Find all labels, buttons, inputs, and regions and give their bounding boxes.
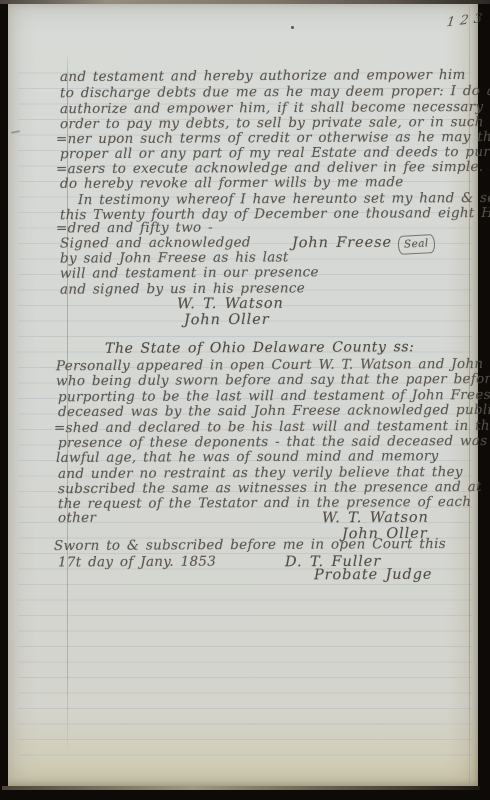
manuscript-line: will and testament in our presence [60,264,319,281]
manuscript-line: Sworn to & subscribed before me in open … [54,536,446,554]
signature-john-oller: John Oller [184,312,270,328]
scanned-page-photo: 123 and testament and hereby authorize a… [0,0,490,800]
signature-john-freese: John Freese [292,235,392,252]
manuscript-line: 17t day of Jany. 1853 [58,554,216,571]
manuscript-line: and testament and hereby authorize and e… [60,67,466,85]
manuscript-line: lawful age, that he was of sound mind an… [56,448,439,466]
manuscript-text-block: and testament and hereby authorize and e… [0,0,482,796]
manuscript-line: do hereby revoke all former wills by me … [60,174,404,192]
seal-mark: Seal [398,234,436,255]
jurisdiction-heading: The State of Ohio Delaware County ss: [105,339,415,357]
signature-title-probate-judge: Probate Judge [314,567,432,584]
signature-w-t-watson: W. T. Watson [177,296,284,313]
signature-w-t-watson: W. T. Watson [322,510,429,527]
manuscript-line: other [58,510,96,526]
